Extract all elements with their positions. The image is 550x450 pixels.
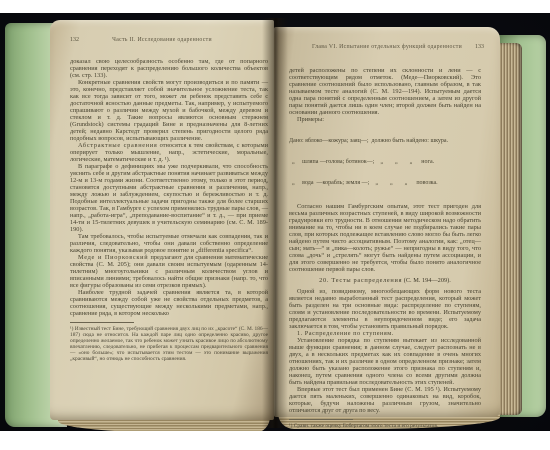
- body-paragraph: Меде и Пиорковский предлагают для сравне…: [70, 254, 268, 289]
- left-page-number: 132: [70, 37, 79, 43]
- right-page-text: детей расположены по степени их склоннос…: [289, 67, 481, 429]
- left-page: 132 Часть II. Исследование одаренности д…: [50, 20, 274, 420]
- body-paragraph: В параграфе о дефинициях мы уже подчерки…: [70, 163, 268, 233]
- left-running-head-row: 132 Часть II. Исследование одаренности: [50, 37, 274, 51]
- left-running-head: Часть II. Исследование одаренности: [50, 37, 274, 43]
- body-paragraph: Абстрактные сравнения относятся к тем св…: [70, 142, 268, 163]
- book-photo: 132 Часть II. Исследование одаренности д…: [0, 13, 550, 431]
- body-paragraph: детей расположены по степени их склоннос…: [289, 67, 481, 116]
- body-paragraph: Установление порядка по ступеням вытекае…: [289, 337, 481, 386]
- footnote: ¹) Известный тест Бине, требующий сравне…: [70, 326, 268, 362]
- body-paragraph: Впервые этот тест был применен Бине (С. …: [289, 386, 481, 414]
- left-page-text: доказал свою целесообразность особенно т…: [70, 58, 268, 362]
- spaced-term: Абстрактные сравнения: [78, 142, 158, 149]
- right-running-head: Глава VI. Испытание отдельных функций од…: [274, 44, 500, 50]
- right-running-head-row: Глава VI. Испытание отдельных функций од…: [274, 44, 500, 58]
- body-paragraph: Одной из, повидимому, многообещающих фор…: [289, 288, 481, 330]
- right-page-number: 133: [475, 44, 484, 50]
- section-heading-rest: (С. М. 194—209).: [402, 277, 451, 284]
- example-line: „ вода —корабль; земля —; „ „ „ повозка.: [289, 180, 481, 187]
- body-paragraph: Там требовалось, чтобы испытуемые отмеча…: [70, 233, 268, 254]
- body-paragraph: Конкретные сравнения свойств могут произ…: [70, 79, 268, 142]
- body-paragraph: Согласно нашим Гамбургским опытам, этот …: [289, 203, 481, 273]
- footnote-rule: [289, 419, 353, 420]
- footnote: ¹) Сравн. также оценку Бобертагом этого …: [289, 423, 481, 429]
- example-line: Дано: яблоко—кожура; заяц—; должно быть …: [289, 138, 481, 145]
- spaced-term: Меде и Пиорковский: [78, 254, 148, 261]
- examples-block: Дано: яблоко—кожура; заяц—; должно быть …: [289, 124, 481, 201]
- sub-heading: 1. Распределение по ступеням.: [289, 330, 481, 337]
- body-paragraph: доказал свою целесообразность особенно т…: [70, 58, 268, 79]
- section-heading-spaced: 20. Тесты распределения: [319, 277, 402, 284]
- right-page: Глава VI. Испытание отдельных функций од…: [274, 27, 500, 417]
- body-paragraph: Примеры:: [289, 116, 481, 123]
- footnote-rule: [70, 322, 134, 323]
- example-line: „ шляпа —голова; ботинок—; „ „ „ нога.: [289, 159, 481, 166]
- body-paragraph: Наиболее трудной задачей сравнения являе…: [70, 289, 268, 317]
- section-heading: 20. Тесты распределения (С. М. 194—209).: [289, 277, 481, 285]
